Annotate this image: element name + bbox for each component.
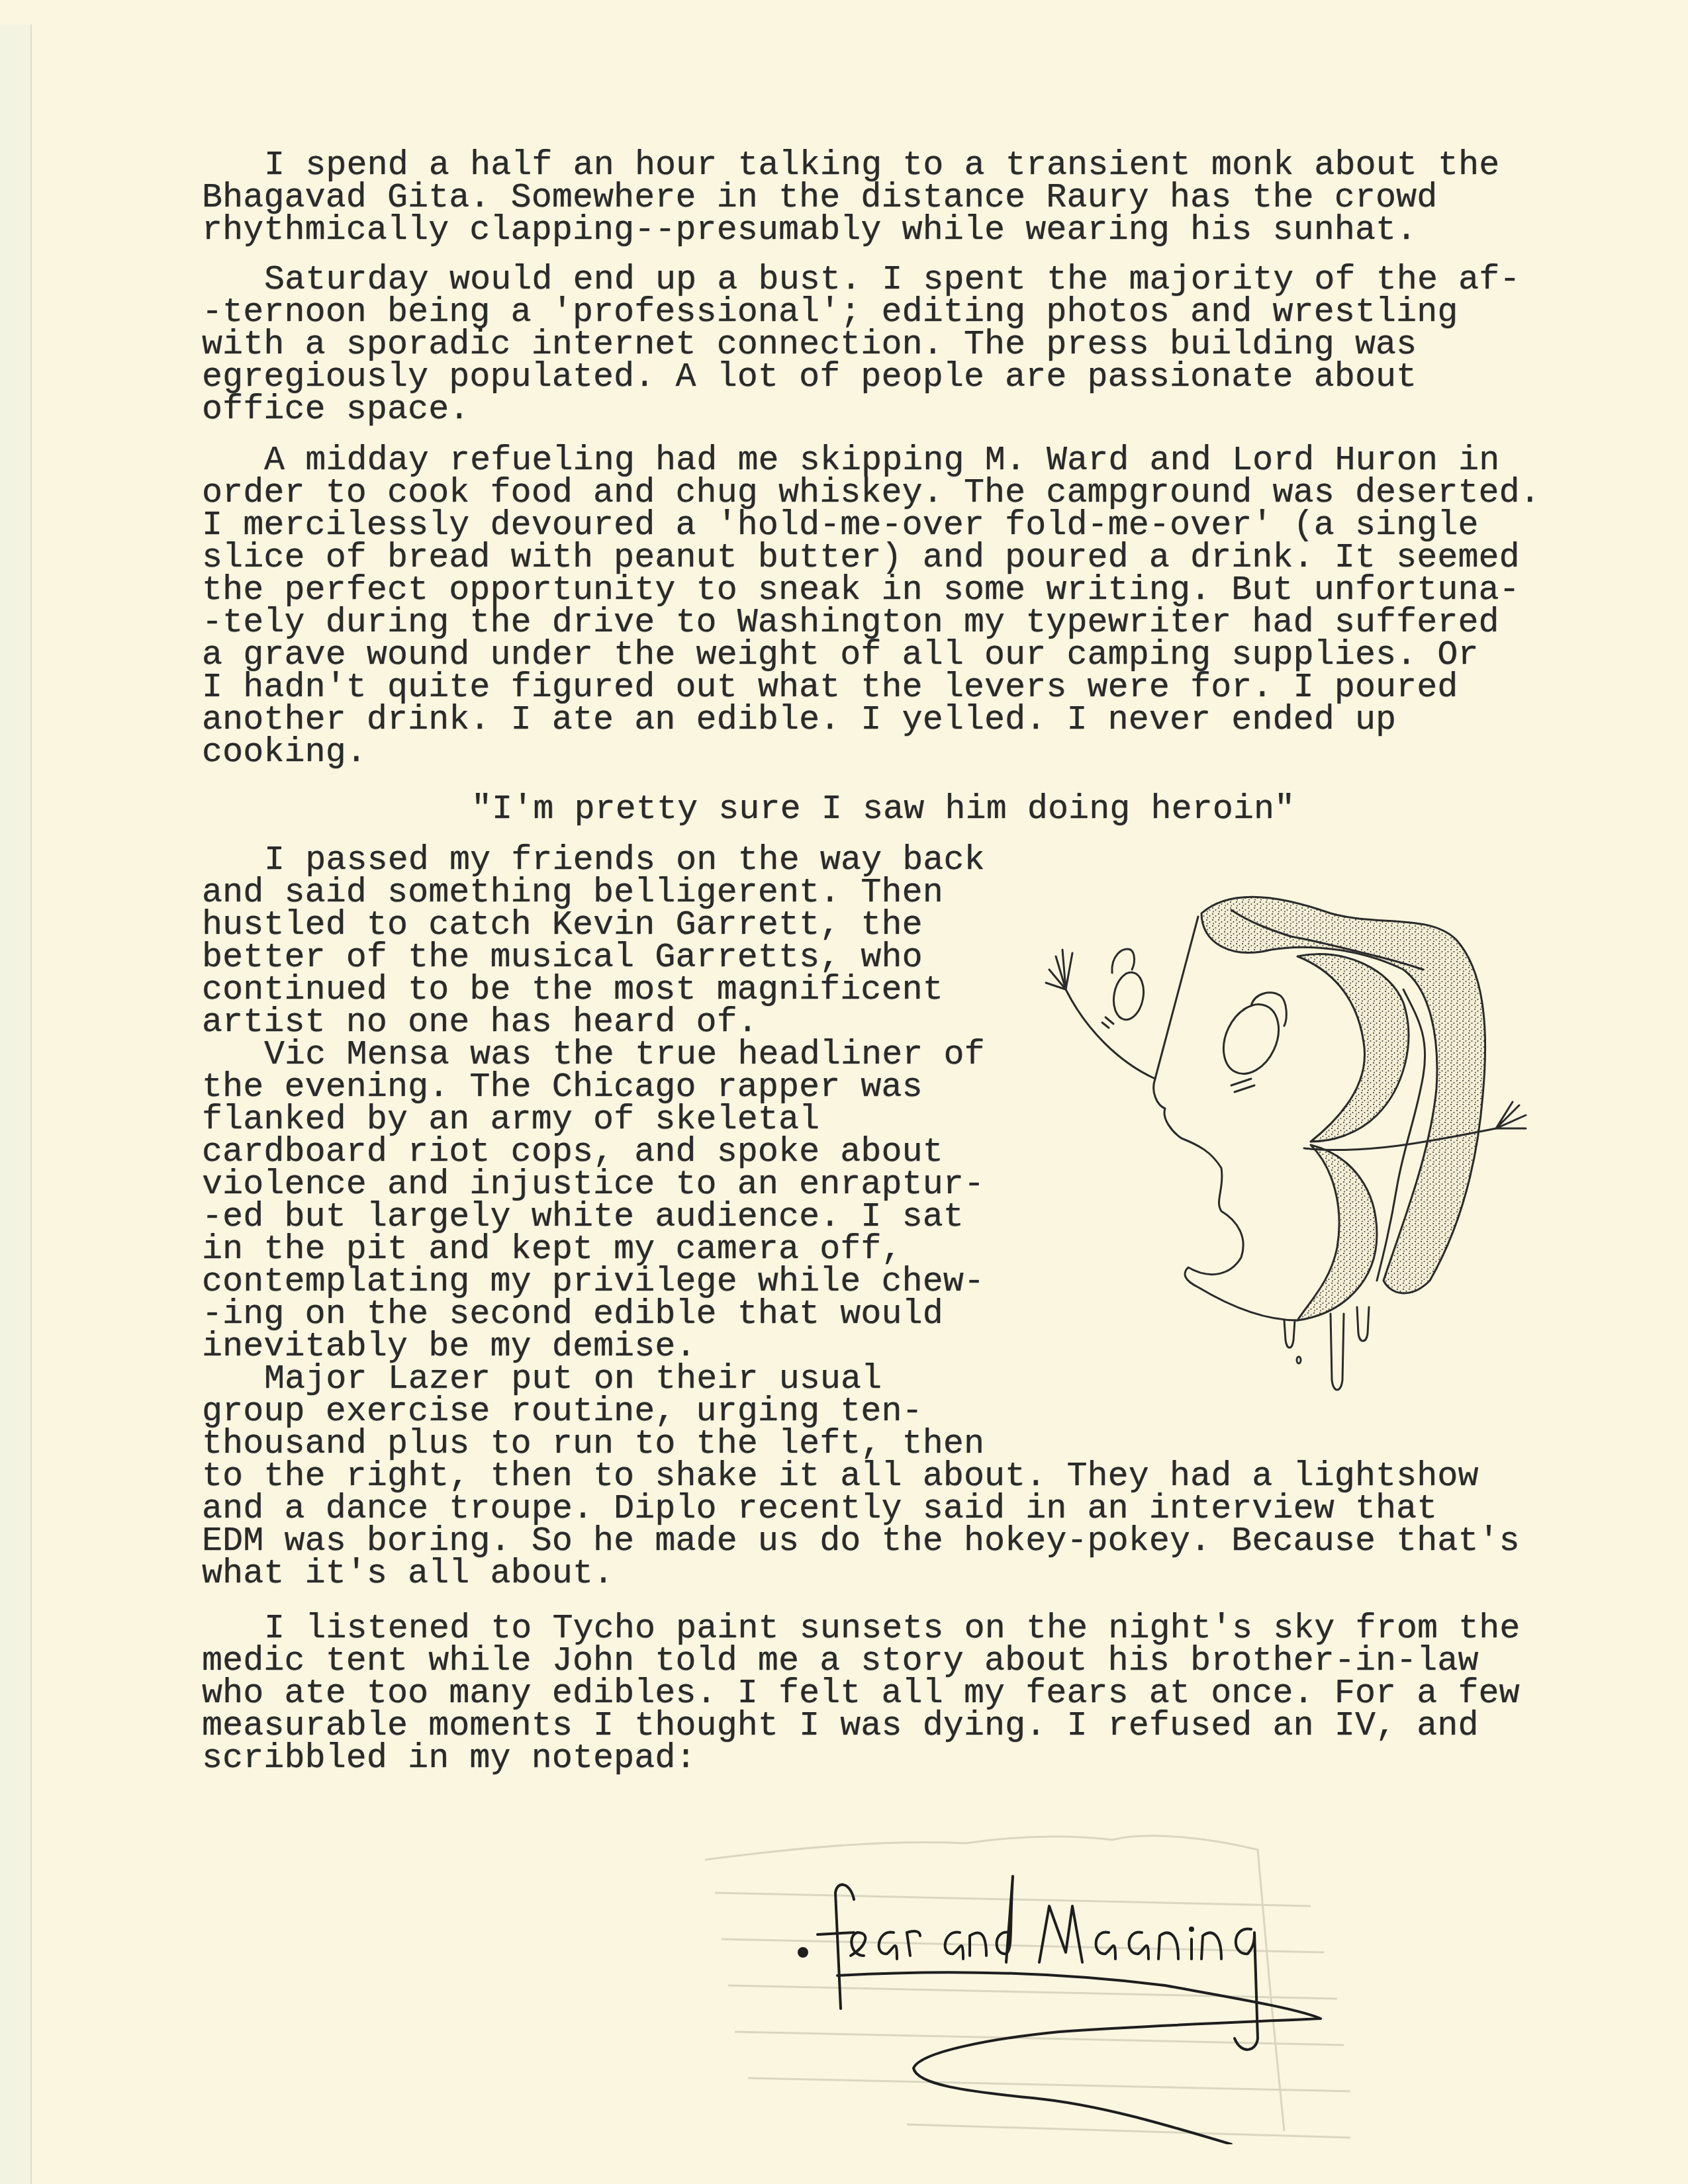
handwritten-notepad-note bbox=[688, 1813, 1529, 2144]
paragraph-saturday-line: office space. bbox=[202, 391, 469, 428]
paragraph-major-lazer-line: what it's all about. bbox=[202, 1555, 614, 1592]
bread-slice-illustration bbox=[1033, 877, 1556, 1439]
handwriting-text bbox=[799, 1876, 1321, 2144]
paragraph-refueling-line: another drink. I ate an edible. I yelled… bbox=[202, 702, 1396, 739]
typewritten-page: I spend a half an hour talking to a tran… bbox=[0, 0, 1688, 2184]
paragraph-refueling-line: cooking. bbox=[202, 734, 367, 771]
paragraph-monk-line: rhythmically clapping--presumably while … bbox=[202, 212, 1417, 249]
paragraph-tycho-line: scribbled in my notepad: bbox=[202, 1740, 696, 1777]
pull-quote: "I'm pretty sure I saw him doing heroin" bbox=[471, 791, 1295, 828]
